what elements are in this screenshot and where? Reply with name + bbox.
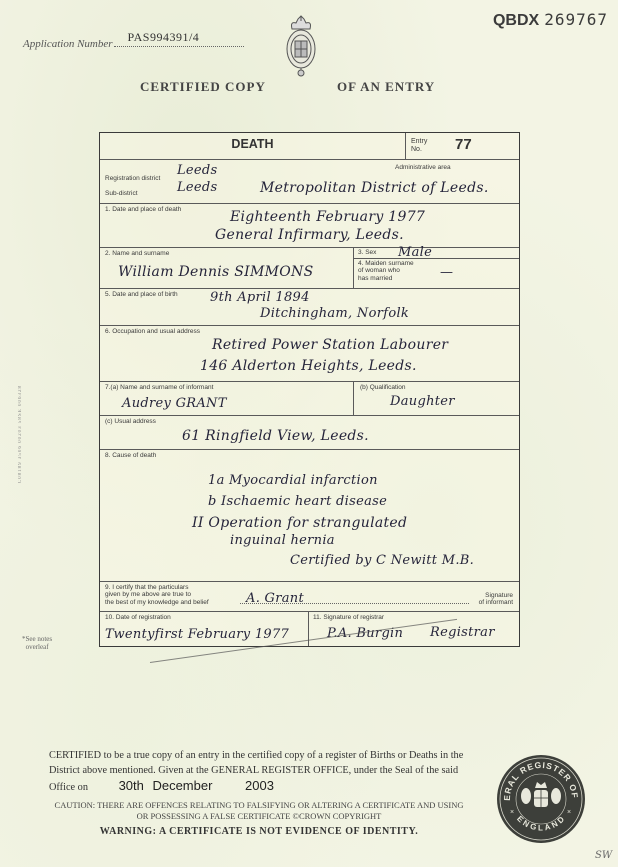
occupation-address-row: 6. Occupation and usual address Retired … (100, 325, 519, 382)
field-7c-label: (c) Usual address (105, 418, 156, 425)
usual-address-value: 146 Alderton Heights, Leeds. (200, 358, 417, 374)
field-3-label: 3. Sex (358, 249, 376, 256)
qualification-value: Daughter (390, 394, 455, 409)
certifier-value: Certified by C Newitt M.B. (290, 553, 474, 568)
birth-date-value: 9th April 1894 (210, 290, 310, 305)
informant-row: 7.(a) Name and surname of informant Audr… (100, 381, 519, 416)
cause-line-3: II Operation for strangulated (192, 515, 407, 531)
field-10-label: 10. Date of registration (105, 614, 171, 621)
field-11-label: 11. Signature of registrar (313, 614, 384, 621)
deceased-name-value: William Dennis SIMMONS (118, 264, 314, 280)
maiden-surname-value: — (440, 265, 453, 280)
registrar-title-value: Registrar (430, 625, 495, 640)
field-9-label: 9. I certify that the particulars given … (105, 584, 209, 606)
field-1-label: 1. Date and place of death (105, 206, 181, 213)
death-date-value: Eighteenth February 1977 (230, 209, 425, 225)
field-5-label: 5. Date and place of birth (105, 291, 178, 298)
sub-district-value: Leeds (177, 180, 218, 195)
field-4-label: 4. Maiden surname of woman who has marri… (358, 260, 414, 282)
clerk-initials: SW (595, 850, 612, 861)
informant-address-row: (c) Usual address 61 Ringfield View, Lee… (100, 415, 519, 450)
sub-district-label: Sub-district (105, 190, 138, 197)
registration-district-value: Leeds (177, 163, 218, 178)
caution-notice: CAUTION: THERE ARE OFFENCES RELATING TO … (50, 800, 468, 822)
application-number-value: PAS994391/4 (128, 30, 200, 45)
sex-value: Male (398, 245, 432, 260)
see-notes-overleaf: *See notes overleaf (22, 635, 52, 652)
field-7a-label: 7.(a) Name and surname of informant (105, 384, 213, 391)
cause-line-4: inguinal hernia (230, 533, 335, 548)
administrative-area-label: Administrative area (395, 164, 451, 171)
registration-date-value: Twentyfirst February 1977 (105, 627, 289, 642)
informant-name-value: Audrey GRANT (122, 396, 227, 411)
cause-of-death-row: 8. Cause of death 1a Myocardial infarcti… (100, 449, 519, 582)
death-place-value: General Infirmary, Leeds. (215, 227, 404, 243)
serial-number: 269767 (544, 10, 608, 29)
certificate-title-left: CERTIFIED COPY (140, 79, 266, 95)
birth-place-value: Ditchingham, Norfolk (260, 306, 409, 321)
occupation-value: Retired Power Station Labourer (212, 337, 448, 353)
issue-day: 30th (119, 778, 144, 793)
field-6-label: 6. Occupation and usual address (105, 328, 200, 335)
field-2-label: 2. Name and surname (105, 250, 169, 257)
cause-line-1: 1a Myocardial infarction (208, 473, 378, 488)
issue-month: December (152, 778, 212, 793)
cause-line-2: b Ischaemic heart disease (208, 494, 387, 509)
certificate-serial-number: QBDX269767 (493, 10, 608, 30)
form-title: DEATH (100, 137, 405, 151)
side-print-code: C08189 3506 00203 58SE 006328 (18, 385, 23, 483)
birth-date-place-row: 5. Date and place of birth 9th April 189… (100, 288, 519, 326)
entry-number: 77 (455, 136, 472, 153)
registration-district-label: Registration district (105, 175, 160, 182)
field-7b-label: (b) Qualification (360, 384, 406, 391)
royal-crest-icon (284, 15, 318, 79)
field-8-label: 8. Cause of death (105, 452, 156, 459)
serial-prefix: QBDX (493, 12, 539, 29)
informant-address-value: 61 Ringfield View, Leeds. (182, 428, 369, 444)
issue-year: 2003 (245, 778, 274, 793)
name-sex-row: 2. Name and surname William Dennis SIMMO… (100, 247, 519, 289)
identity-warning: WARNING: A CERTIFICATE IS NOT EVIDENCE O… (50, 826, 468, 837)
death-date-place-row: 1. Date and place of death Eighteenth Fe… (100, 203, 519, 248)
signature-of-informant-label: Signature of informant (479, 592, 513, 607)
informant-signature-value: A. Grant (246, 591, 304, 606)
death-entry-form: DEATH Entry No. 77 Registration district… (99, 132, 520, 647)
application-number: Application NumberPAS994391/4 (23, 36, 244, 50)
certification-statement: CERTIFIED to be a true copy of an entry … (49, 748, 479, 795)
application-number-label: Application Number (23, 38, 113, 50)
form-title-row: DEATH Entry No. 77 (100, 133, 519, 160)
svg-text:×: × (567, 809, 571, 816)
district-row: Registration district Leeds Sub-district… (100, 159, 519, 204)
registration-row: 10. Date of registration Twentyfirst Feb… (100, 611, 519, 646)
administrative-area-value: Metropolitan District of Leeds. (260, 180, 489, 196)
entry-no-label: Entry No. (411, 138, 433, 154)
svg-text:×: × (510, 809, 514, 816)
certificate-title-right: OF AN ENTRY (337, 79, 435, 95)
general-register-office-seal-icon: GENERAL REGISTER OFFICE ENGLAND × × (496, 754, 586, 844)
informant-certification-row: 9. I certify that the particulars given … (100, 581, 519, 612)
